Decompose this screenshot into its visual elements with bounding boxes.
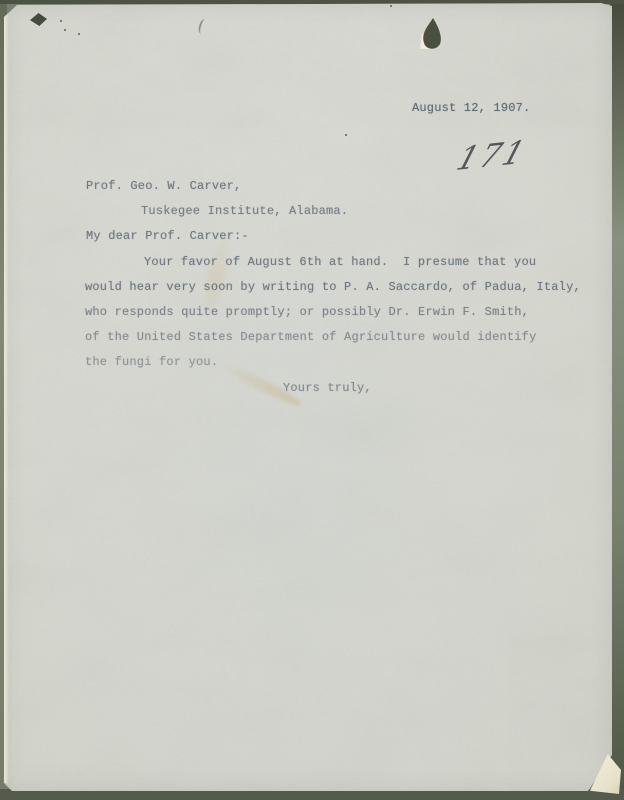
ink-speck [64,29,66,31]
salutation: My dear Prof. Carver:- [86,229,249,243]
paper-tear [417,16,453,58]
body-line: Your favor of August 6th at hand. I pres… [144,255,536,269]
paper-grain-texture [4,3,612,791]
ink-speck [60,20,62,22]
body-line: the fungi for you. [85,355,218,369]
closing: Yours truly, [283,381,372,395]
date-line: August 12, 1907. [412,101,530,115]
ink-speck [390,5,392,7]
scanned-letter-page: August 12, 1907. 171 Prof. Geo. W. Carve… [0,0,624,800]
ink-speck [345,134,347,136]
body-line: who responds quite promptly; or possibly… [85,305,529,319]
paper-deckle-edge [4,8,9,783]
letter-sheet [4,3,612,791]
scan-bed-right-edge [610,0,624,800]
ink-speck [78,33,80,35]
recipient-name: Prof. Geo. W. Carver, [86,179,241,193]
recipient-address: Tuskegee Institute, Alabama. [141,204,348,218]
body-line: would hear very soon by writing to P. A.… [85,280,581,294]
body-line: of the United States Department of Agric… [85,330,536,344]
